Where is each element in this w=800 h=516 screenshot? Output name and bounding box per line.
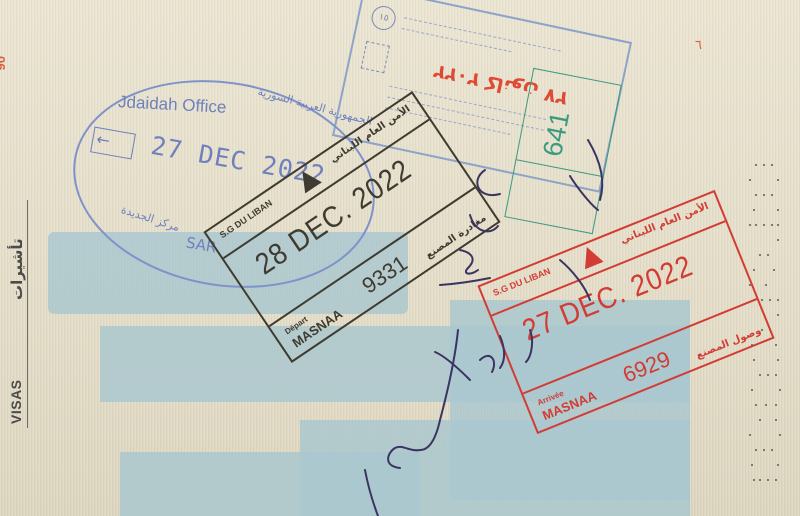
stamp-circle-mark: ١٥	[369, 4, 397, 32]
passport-page: 06 تأشيرات VISAS ٦ ١٥ ٢٠٢٢ كانون ٢٧ 641 …	[0, 0, 800, 516]
section-label-arabic: تأشيرات	[8, 238, 26, 300]
cedar-icon	[578, 243, 604, 269]
stamp-header-arabic: الأمن العام اللبناني	[619, 201, 710, 246]
emblem-icon	[361, 41, 390, 73]
section-label: VISAS	[8, 379, 24, 424]
stamp-number: 641	[537, 109, 576, 159]
lebanon-arrival-stamp: S.G DU LIBAN الأمن العام اللبناني 27 DEC…	[477, 190, 774, 434]
arrow-left-icon: ←	[95, 129, 112, 151]
background-wash	[300, 420, 690, 516]
page-number-arabic: ٦	[695, 38, 702, 53]
stamp-divider	[516, 159, 603, 177]
margin-rule	[27, 200, 28, 428]
stamp-footer-arabic: مغادرة المصنع	[424, 213, 489, 262]
page-number: 06	[0, 56, 8, 70]
cedar-icon	[294, 166, 322, 194]
